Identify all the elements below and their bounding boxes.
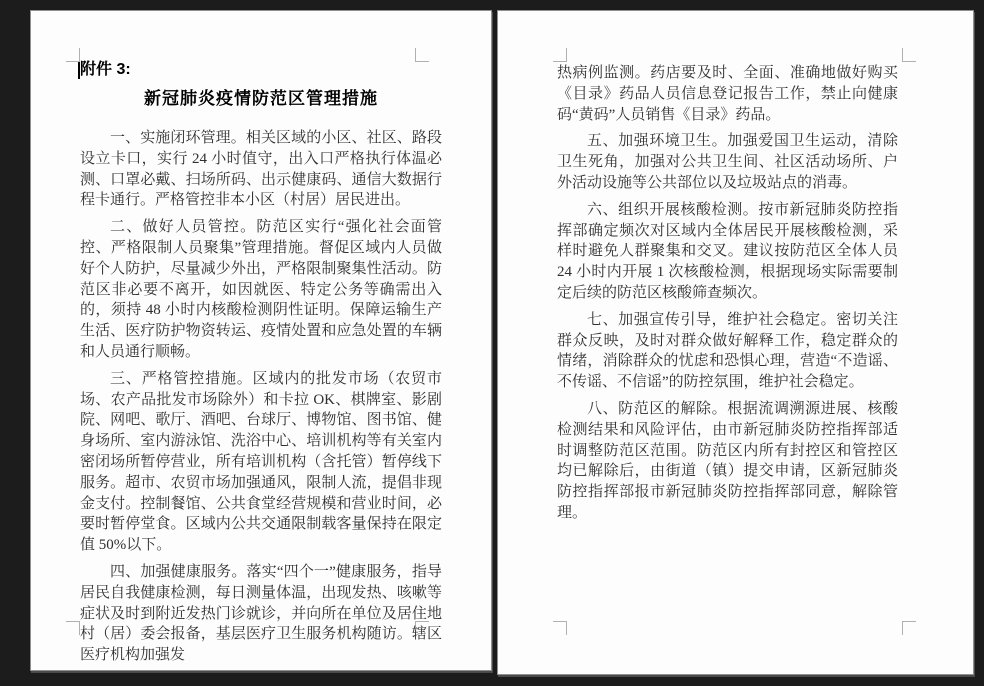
page-1-text-area: 附件 3: 新冠肺炎疫情防范区管理措施 一、实施闭环管理。相关区域的小区、社区、… bbox=[80, 60, 442, 672]
document-title[interactable]: 新冠肺炎疫情防范区管理措施 bbox=[80, 88, 442, 110]
margin-crop-mark-bottom-right bbox=[902, 621, 916, 635]
attachment-label[interactable]: 附件 3: bbox=[80, 60, 442, 80]
paragraph-1[interactable]: 一、实施闭环管理。相关区域的小区、社区、路段设立卡口，实行 24 小时值守，出入… bbox=[80, 128, 442, 211]
margin-crop-mark-top-left bbox=[553, 48, 567, 62]
paragraph-8[interactable]: 八、防范区的解除。根据流调溯源进展、核酸检测结果和风险评估，由市新冠肺炎防控指挥… bbox=[557, 399, 898, 524]
paragraph-4[interactable]: 四、加强健康服务。落实“四个一”健康服务，指导居民自我健康检测，每日测量体温，出… bbox=[80, 562, 442, 666]
paragraph-6[interactable]: 六、组织开展核酸检测。按市新冠肺炎防控指挥部确定频次对区域内全体居民开展核酸检测… bbox=[557, 200, 898, 304]
margin-crop-mark-top-right bbox=[902, 48, 916, 62]
paragraph-3[interactable]: 三、严格管控措施。区域内的批发市场（农贸市场、农产品批发市场除外）和卡拉 OK、… bbox=[80, 369, 442, 556]
margin-crop-mark-bottom-left bbox=[553, 621, 567, 635]
page-2-text-area: 热病例监测。药店要及时、全面、准确地做好购买《目录》药品人员信息登记报告工作，禁… bbox=[557, 63, 898, 530]
paragraph-7[interactable]: 七、加强宣传引导，维护社会稳定。密切关注群众反映，及时对群众做好解释工作，稳定群… bbox=[557, 310, 898, 393]
margin-crop-mark-top-left bbox=[66, 48, 80, 62]
paragraph-2[interactable]: 二、做好人员管控。防范区实行“强化社会面管控、严格限制人员聚集”管理措施。督促区… bbox=[80, 217, 442, 363]
margin-crop-mark-bottom-left bbox=[66, 621, 80, 635]
document-page-1: 附件 3: 新冠肺炎疫情防范区管理措施 一、实施闭环管理。相关区域的小区、社区、… bbox=[30, 10, 492, 671]
paragraph-4-continued[interactable]: 热病例监测。药店要及时、全面、准确地做好购买《目录》药品人员信息登记报告工作，禁… bbox=[557, 63, 898, 125]
paragraph-5[interactable]: 五、加强环境卫生。加强爱国卫生运动，清除卫生死角，加强对公共卫生间、社区活动场所… bbox=[557, 131, 898, 193]
document-page-2: 热病例监测。药店要及时、全面、准确地做好购买《目录》药品人员信息登记报告工作，禁… bbox=[497, 10, 974, 675]
